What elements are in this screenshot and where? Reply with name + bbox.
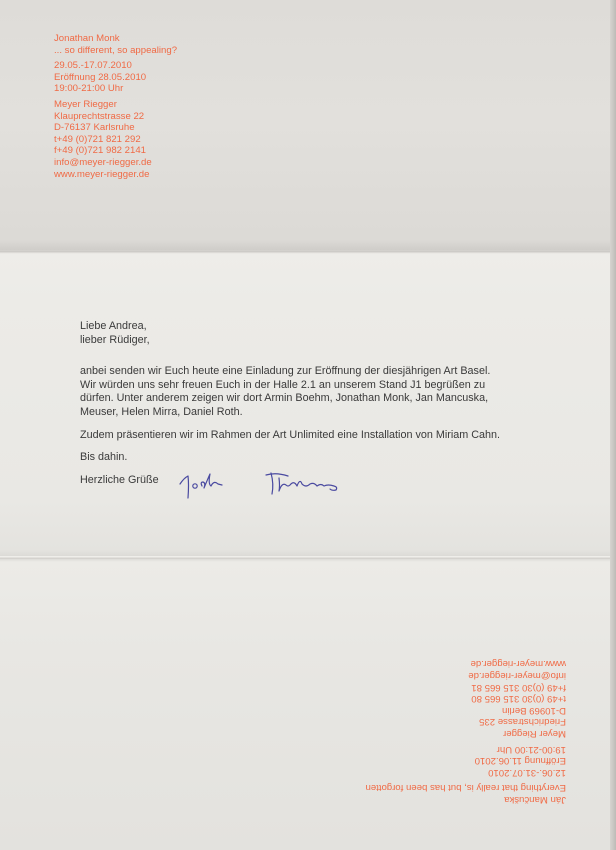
letter-body: Liebe Andrea, lieber Rüdiger, anbei send… (80, 320, 550, 487)
salutation-line-1: Liebe Andrea, (80, 320, 147, 332)
gallery-fax: f+49 (0)721 982 2141 (54, 145, 177, 157)
closing-row: Herzliche Grüße (80, 474, 550, 488)
gallery-city: D-76137 Karlsruhe (54, 122, 177, 134)
exhibition-title: Everything that really is, but has been … (346, 782, 566, 794)
paragraph-farewell: Bis dahin. (80, 451, 550, 465)
paragraph-line: Meuser, Helen Mirra, Daniel Roth. (80, 406, 243, 418)
gallery-website: www.meyer-riegger.de (54, 169, 177, 181)
gallery-street: Klauprechtstrasse 22 (54, 111, 177, 123)
letterhead-contact: Meyer Riegger Klauprechtstrasse 22 D-761… (54, 99, 177, 180)
gallery-name: Meyer Riegger (54, 99, 177, 111)
salutation: Liebe Andrea, lieber Rüdiger, (80, 320, 550, 347)
opening-date: Eröffnung 11.06.2010 (346, 755, 566, 767)
exhibition-title: ... so different, so appealing? (54, 45, 177, 57)
gallery-name: Meyer Riegger (346, 728, 566, 740)
closing: Herzliche Grüße (80, 474, 159, 486)
gallery-street: Friedrichstrasse 235 (346, 716, 566, 728)
exhibition-artist: Jonathan Monk (54, 33, 177, 45)
paragraph-line: dürfen. Unter anderem zeigen wir dort Ar… (80, 392, 488, 404)
gallery-email: info@meyer-riegger.de (346, 670, 566, 682)
exhibition-artist: Ján Mančuška (346, 794, 566, 806)
paragraph-unlimited: Zudem präsentieren wir im Rahmen der Art… (80, 429, 550, 443)
opening-date: Eröffnung 28.05.2010 (54, 72, 177, 84)
gallery-phone: t+49 (0)721 821 292 (54, 134, 177, 146)
paper-edge (610, 0, 616, 850)
gallery-email: info@meyer-riegger.de (54, 157, 177, 169)
paper-fold-upper (0, 251, 616, 254)
salutation-line-2: lieber Rüdiger, (80, 334, 150, 346)
gallery-phone: t+49 (0)30 315 665 80 (346, 693, 566, 705)
opening-time: 19:00-21:00 Uhr (54, 83, 177, 95)
letterhead-exhibition: Jonathan Monk ... so different, so appea… (54, 33, 177, 56)
footer-exhibition: Ján Mančuška Everything that really is, … (346, 782, 566, 805)
handwritten-signature (176, 464, 376, 504)
paragraph-line: Wir würden uns sehr freuen Euch in der H… (80, 379, 485, 391)
footer-dates: 12.06.-31.07.2010 Eröffnung 11.06.2010 1… (346, 743, 566, 778)
letterhead-dates: 29.05.-17.07.2010 Eröffnung 28.05.2010 1… (54, 60, 177, 95)
letterhead: Jonathan Monk ... so different, so appea… (54, 33, 177, 184)
gallery-fax: f+49 (0)30 315 665 81 (346, 681, 566, 693)
paragraph-invitation: anbei senden wir Euch heute eine Einladu… (80, 365, 550, 419)
exhibition-period: 29.05.-17.07.2010 (54, 60, 177, 72)
opening-time: 19:00-21:00 Uhr (346, 743, 566, 755)
footer-contact: Meyer Riegger Friedrichstrasse 235 D-109… (346, 658, 566, 739)
gallery-city: D-10969 Berlin (346, 704, 566, 716)
paper-fold-lower (0, 556, 616, 559)
gallery-website: www.meyer-riegger.de (346, 658, 566, 670)
footer-letterhead-upside-down: Ján Mančuška Everything that really is, … (346, 654, 566, 805)
paragraph-line: anbei senden wir Euch heute eine Einladu… (80, 365, 490, 377)
exhibition-period: 12.06.-31.07.2010 (346, 766, 566, 778)
